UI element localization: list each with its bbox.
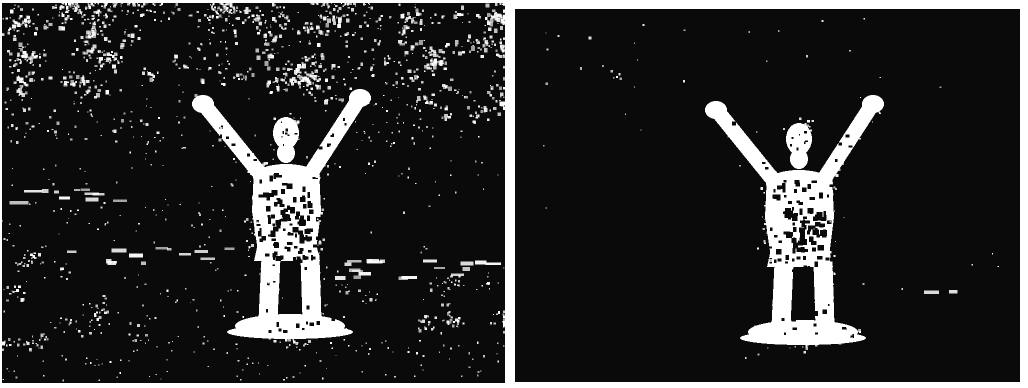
filtered-foreground-mask-image bbox=[515, 9, 1020, 382]
figure-binary-mask-comparison bbox=[0, 0, 1028, 388]
noisy-foreground-mask-image bbox=[2, 3, 505, 383]
